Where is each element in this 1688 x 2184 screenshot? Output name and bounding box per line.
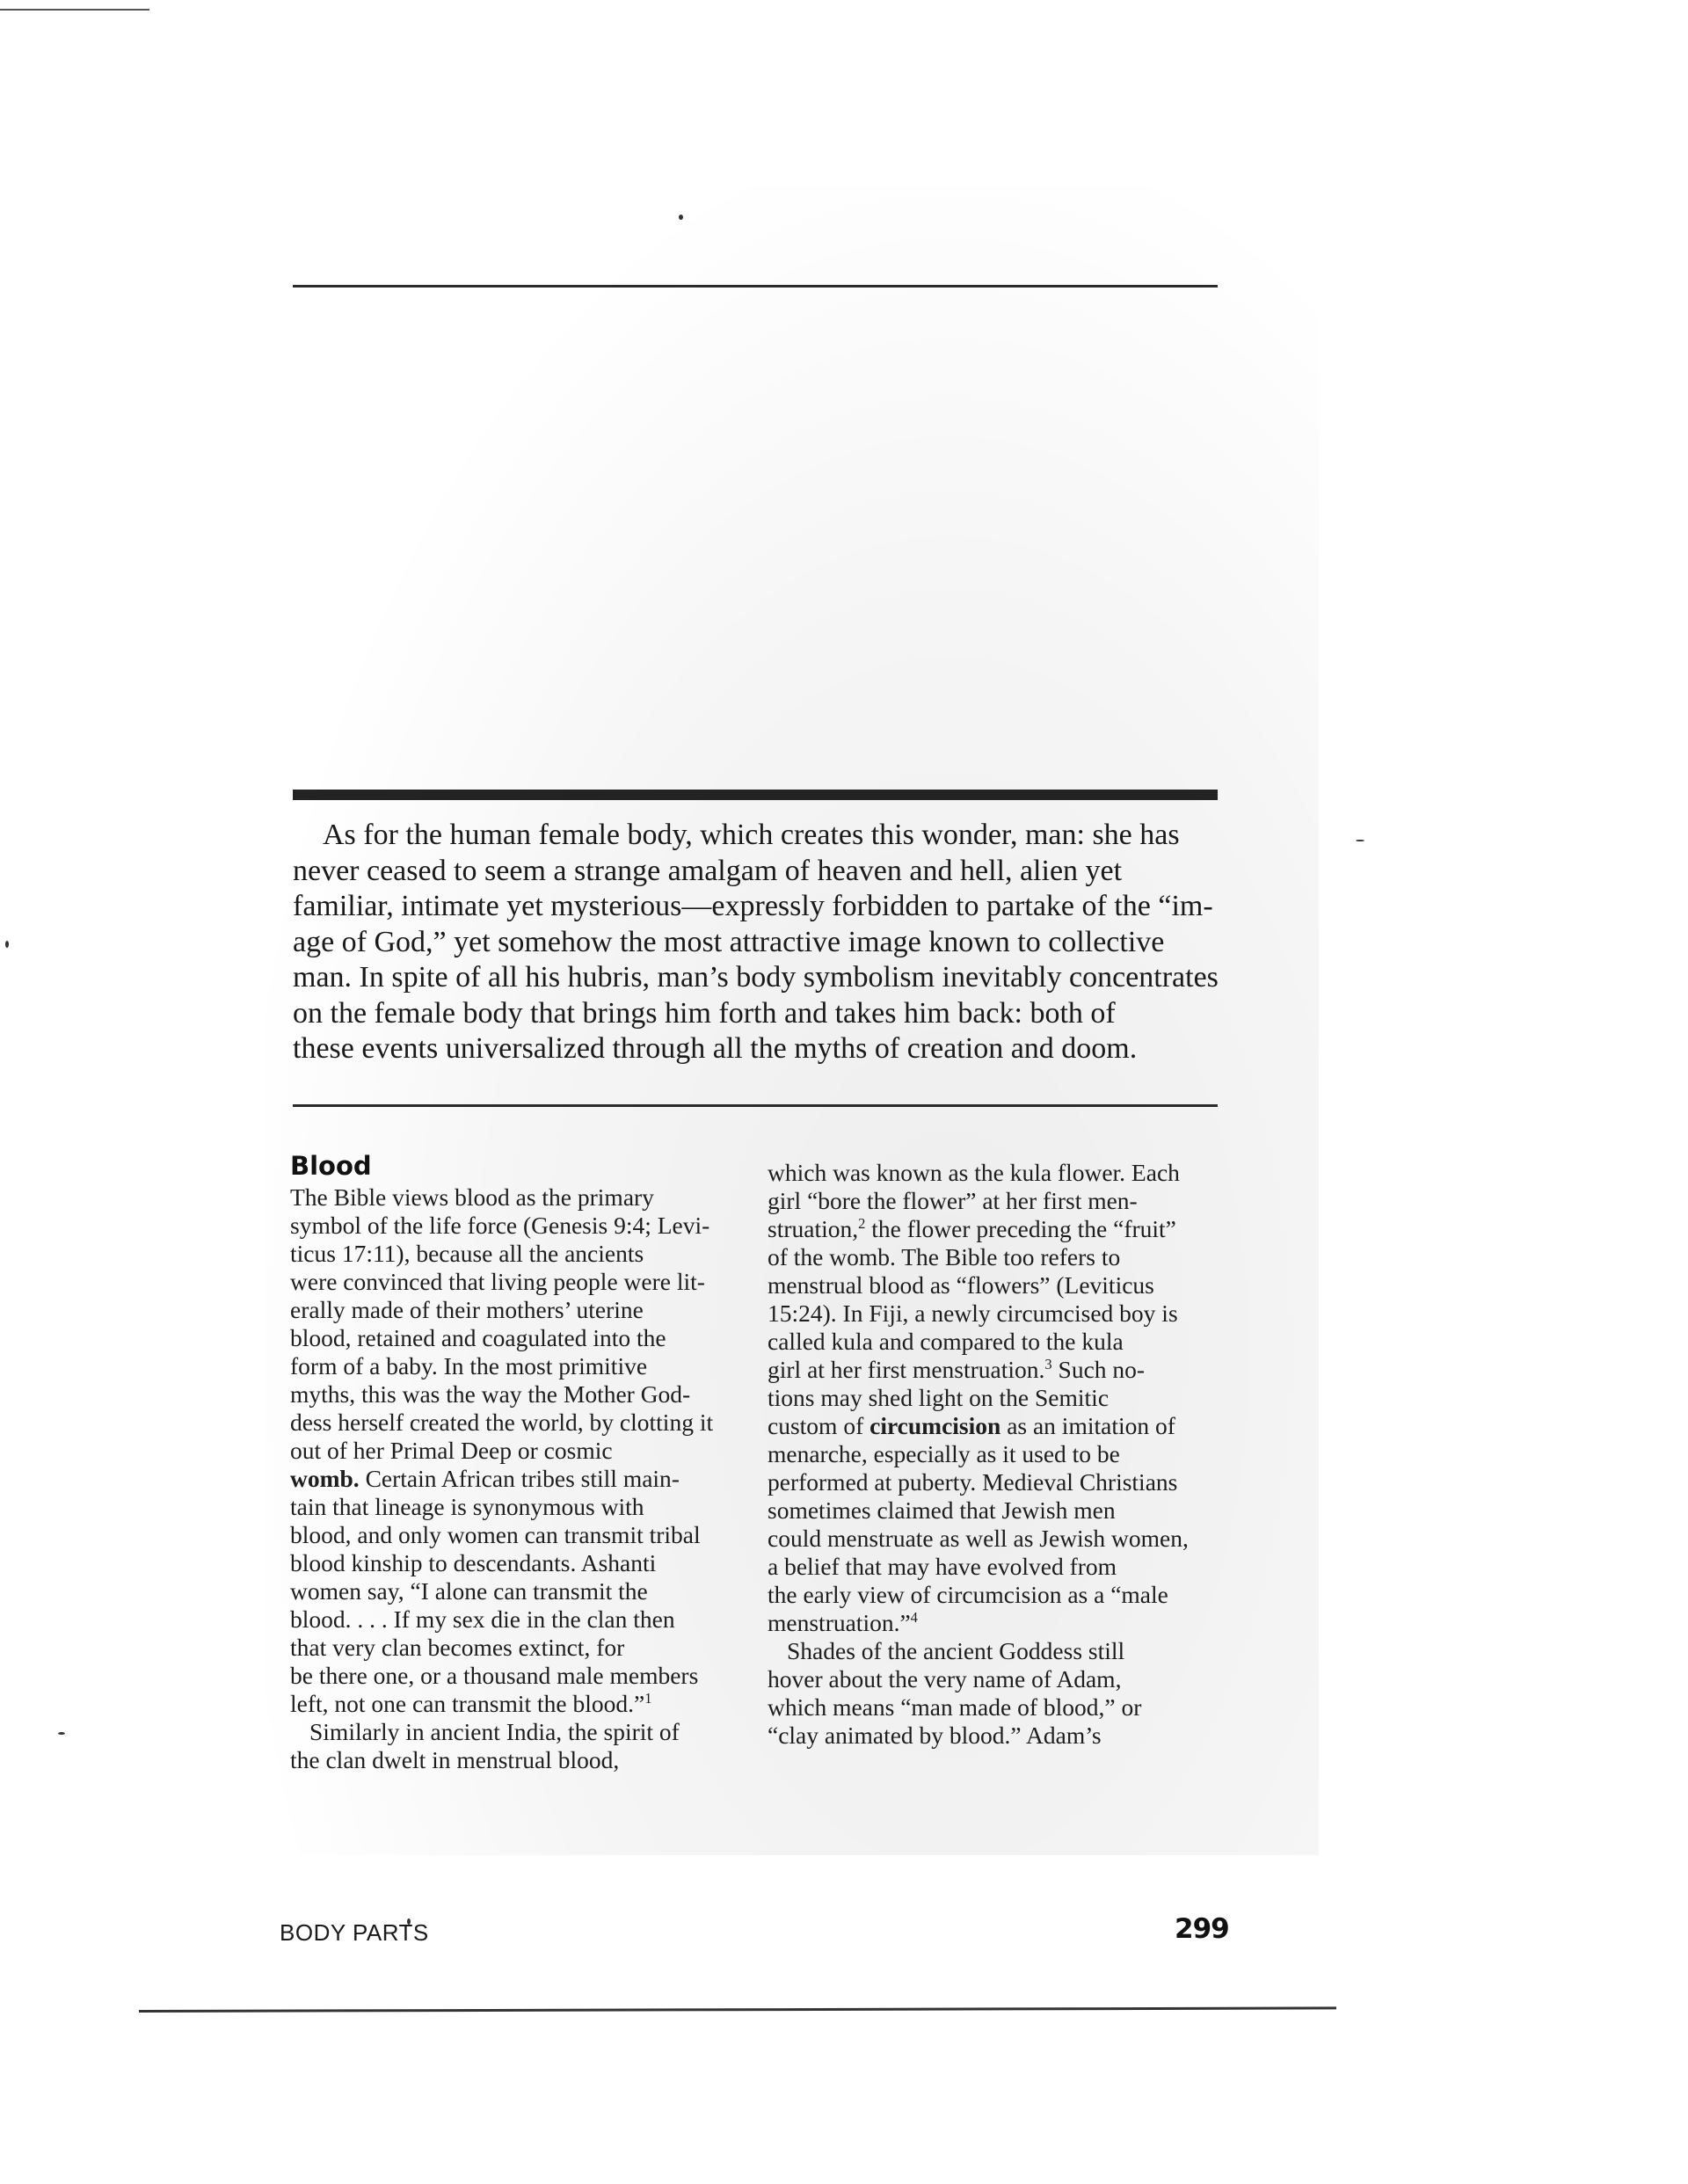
body-line: myths, this was the way the Mother God- (290, 1380, 756, 1409)
body-line: menstruation.”4 (768, 1609, 1233, 1637)
body-line: girl “bore the flower” at her first men- (768, 1187, 1233, 1215)
body-text: left, not one can transmit the blood.” (290, 1690, 644, 1717)
epigraph-line: these events universalized through all t… (293, 1031, 1225, 1067)
body-text: custom of (768, 1412, 869, 1439)
body-line: “clay animated by blood.” Adam’s (768, 1722, 1233, 1750)
body-text: Such no- (1052, 1356, 1145, 1383)
body-line: dess herself created the world, by clott… (290, 1409, 756, 1437)
cross-reference-womb[interactable]: womb. (290, 1465, 360, 1492)
body-line: women say, “I alone can transmit the (290, 1577, 756, 1605)
epigraph-quote: As for the human female body, which crea… (293, 818, 1225, 1067)
body-line: the clan dwelt in menstrual blood, (290, 1746, 756, 1774)
body-line: called kula and compared to the kula (768, 1328, 1233, 1356)
body-text: struation, (768, 1215, 858, 1242)
epigraph-line: age of God,” yet somehow the most attrac… (293, 925, 1225, 961)
body-line: performed at puberty. Medieval Christian… (768, 1468, 1233, 1496)
cross-reference-circumcision[interactable]: circumcision (869, 1412, 1000, 1439)
body-line: blood, retained and coagulated into the (290, 1324, 756, 1352)
body-line: tions may shed light on the Semitic (768, 1384, 1233, 1412)
body-line: which was known as the kula flower. Each (768, 1159, 1233, 1187)
top-rule (293, 285, 1218, 288)
right-column: which was known as the kula flower. Each… (768, 1159, 1233, 1750)
footnote-marker: 4 (911, 1609, 918, 1626)
body-line: that very clan becomes extinct, for (290, 1634, 756, 1662)
left-column: Blood The Bible views blood as the prima… (290, 1150, 756, 1774)
body-line: which means “man made of blood,” or (768, 1693, 1233, 1722)
body-line: left, not one can transmit the blood.”1 (290, 1690, 756, 1718)
scan-speck (679, 215, 683, 220)
body-line: form of a baby. In the most primitive (290, 1352, 756, 1380)
body-line: erally made of their mothers’ uterine (290, 1296, 756, 1324)
body-line: a belief that may have evolved from (768, 1553, 1233, 1581)
body-line: womb. Certain African tribes still main- (290, 1465, 756, 1493)
body-line: custom of circumcision as an imitation o… (768, 1412, 1233, 1440)
body-line: blood kinship to descendants. Ashanti (290, 1549, 756, 1577)
epigraph-bottom-rule (293, 1104, 1218, 1107)
body-line: struation,2 the flower preceding the “fr… (768, 1215, 1233, 1243)
body-line: be there one, or a thousand male members (290, 1662, 756, 1690)
body-line: menarche, especially as it used to be (768, 1440, 1233, 1468)
scan-speck (58, 1732, 65, 1735)
epigraph-line: never ceased to seem a strange amalgam o… (293, 854, 1225, 890)
footnote-marker: 1 (644, 1690, 651, 1707)
scan-speck (407, 1918, 411, 1925)
epigraph-line: man. In spite of all his hubris, man’s b… (293, 960, 1225, 996)
body-line: out of her Primal Deep or cosmic (290, 1437, 756, 1465)
body-text: menstruation.” (768, 1609, 911, 1636)
epigraph-top-rule (293, 790, 1218, 800)
body-line: Shades of the ancient Goddess still (768, 1637, 1233, 1665)
body-line: blood. . . . If my sex die in the clan t… (290, 1605, 756, 1634)
body-line: were convinced that living people were l… (290, 1268, 756, 1296)
section-heading: Blood (290, 1150, 756, 1182)
body-line: the early view of circumcision as a “mal… (768, 1581, 1233, 1609)
body-text: as an imitation of (1000, 1412, 1175, 1439)
body-text: the flower preceding the “fruit” (865, 1215, 1176, 1242)
running-head: BODY PARTS (280, 1919, 429, 1947)
body-line: could menstruate as well as Jewish women… (768, 1525, 1233, 1553)
scan-speck (5, 941, 9, 948)
body-text: girl at her first menstruation. (768, 1356, 1044, 1383)
body-line: symbol of the life force (Genesis 9:4; L… (290, 1212, 756, 1240)
page-number: 299 (1175, 1913, 1229, 1945)
body-line: The Bible views blood as the primary (290, 1183, 756, 1212)
body-line: hover about the very name of Adam, (768, 1665, 1233, 1693)
body-line: Similarly in ancient India, the spirit o… (290, 1718, 756, 1746)
body-line: blood, and only women can transmit triba… (290, 1521, 756, 1549)
footnote-marker: 3 (1044, 1356, 1051, 1372)
body-line: ticus 17:11), because all the ancients (290, 1240, 756, 1268)
body-line: tain that lineage is synonymous with (290, 1493, 756, 1521)
body-line: girl at her first menstruation.3 Such no… (768, 1356, 1233, 1384)
scan-bottom-edge (139, 2006, 1336, 2013)
body-line: menstrual blood as “flowers” (Leviticus (768, 1271, 1233, 1299)
epigraph-line: familiar, intimate yet mysterious—expres… (293, 889, 1225, 925)
scan-speck (1356, 840, 1364, 841)
epigraph-line: on the female body that brings him forth… (293, 996, 1225, 1032)
body-line: 15:24). In Fiji, a newly circumcised boy… (768, 1299, 1233, 1328)
scan-edge-line (0, 9, 149, 11)
body-text: Certain African tribes still main- (360, 1465, 680, 1492)
epigraph-line: As for the human female body, which crea… (293, 818, 1225, 854)
body-line: sometimes claimed that Jewish men (768, 1496, 1233, 1525)
body-line: of the womb. The Bible too refers to (768, 1243, 1233, 1271)
